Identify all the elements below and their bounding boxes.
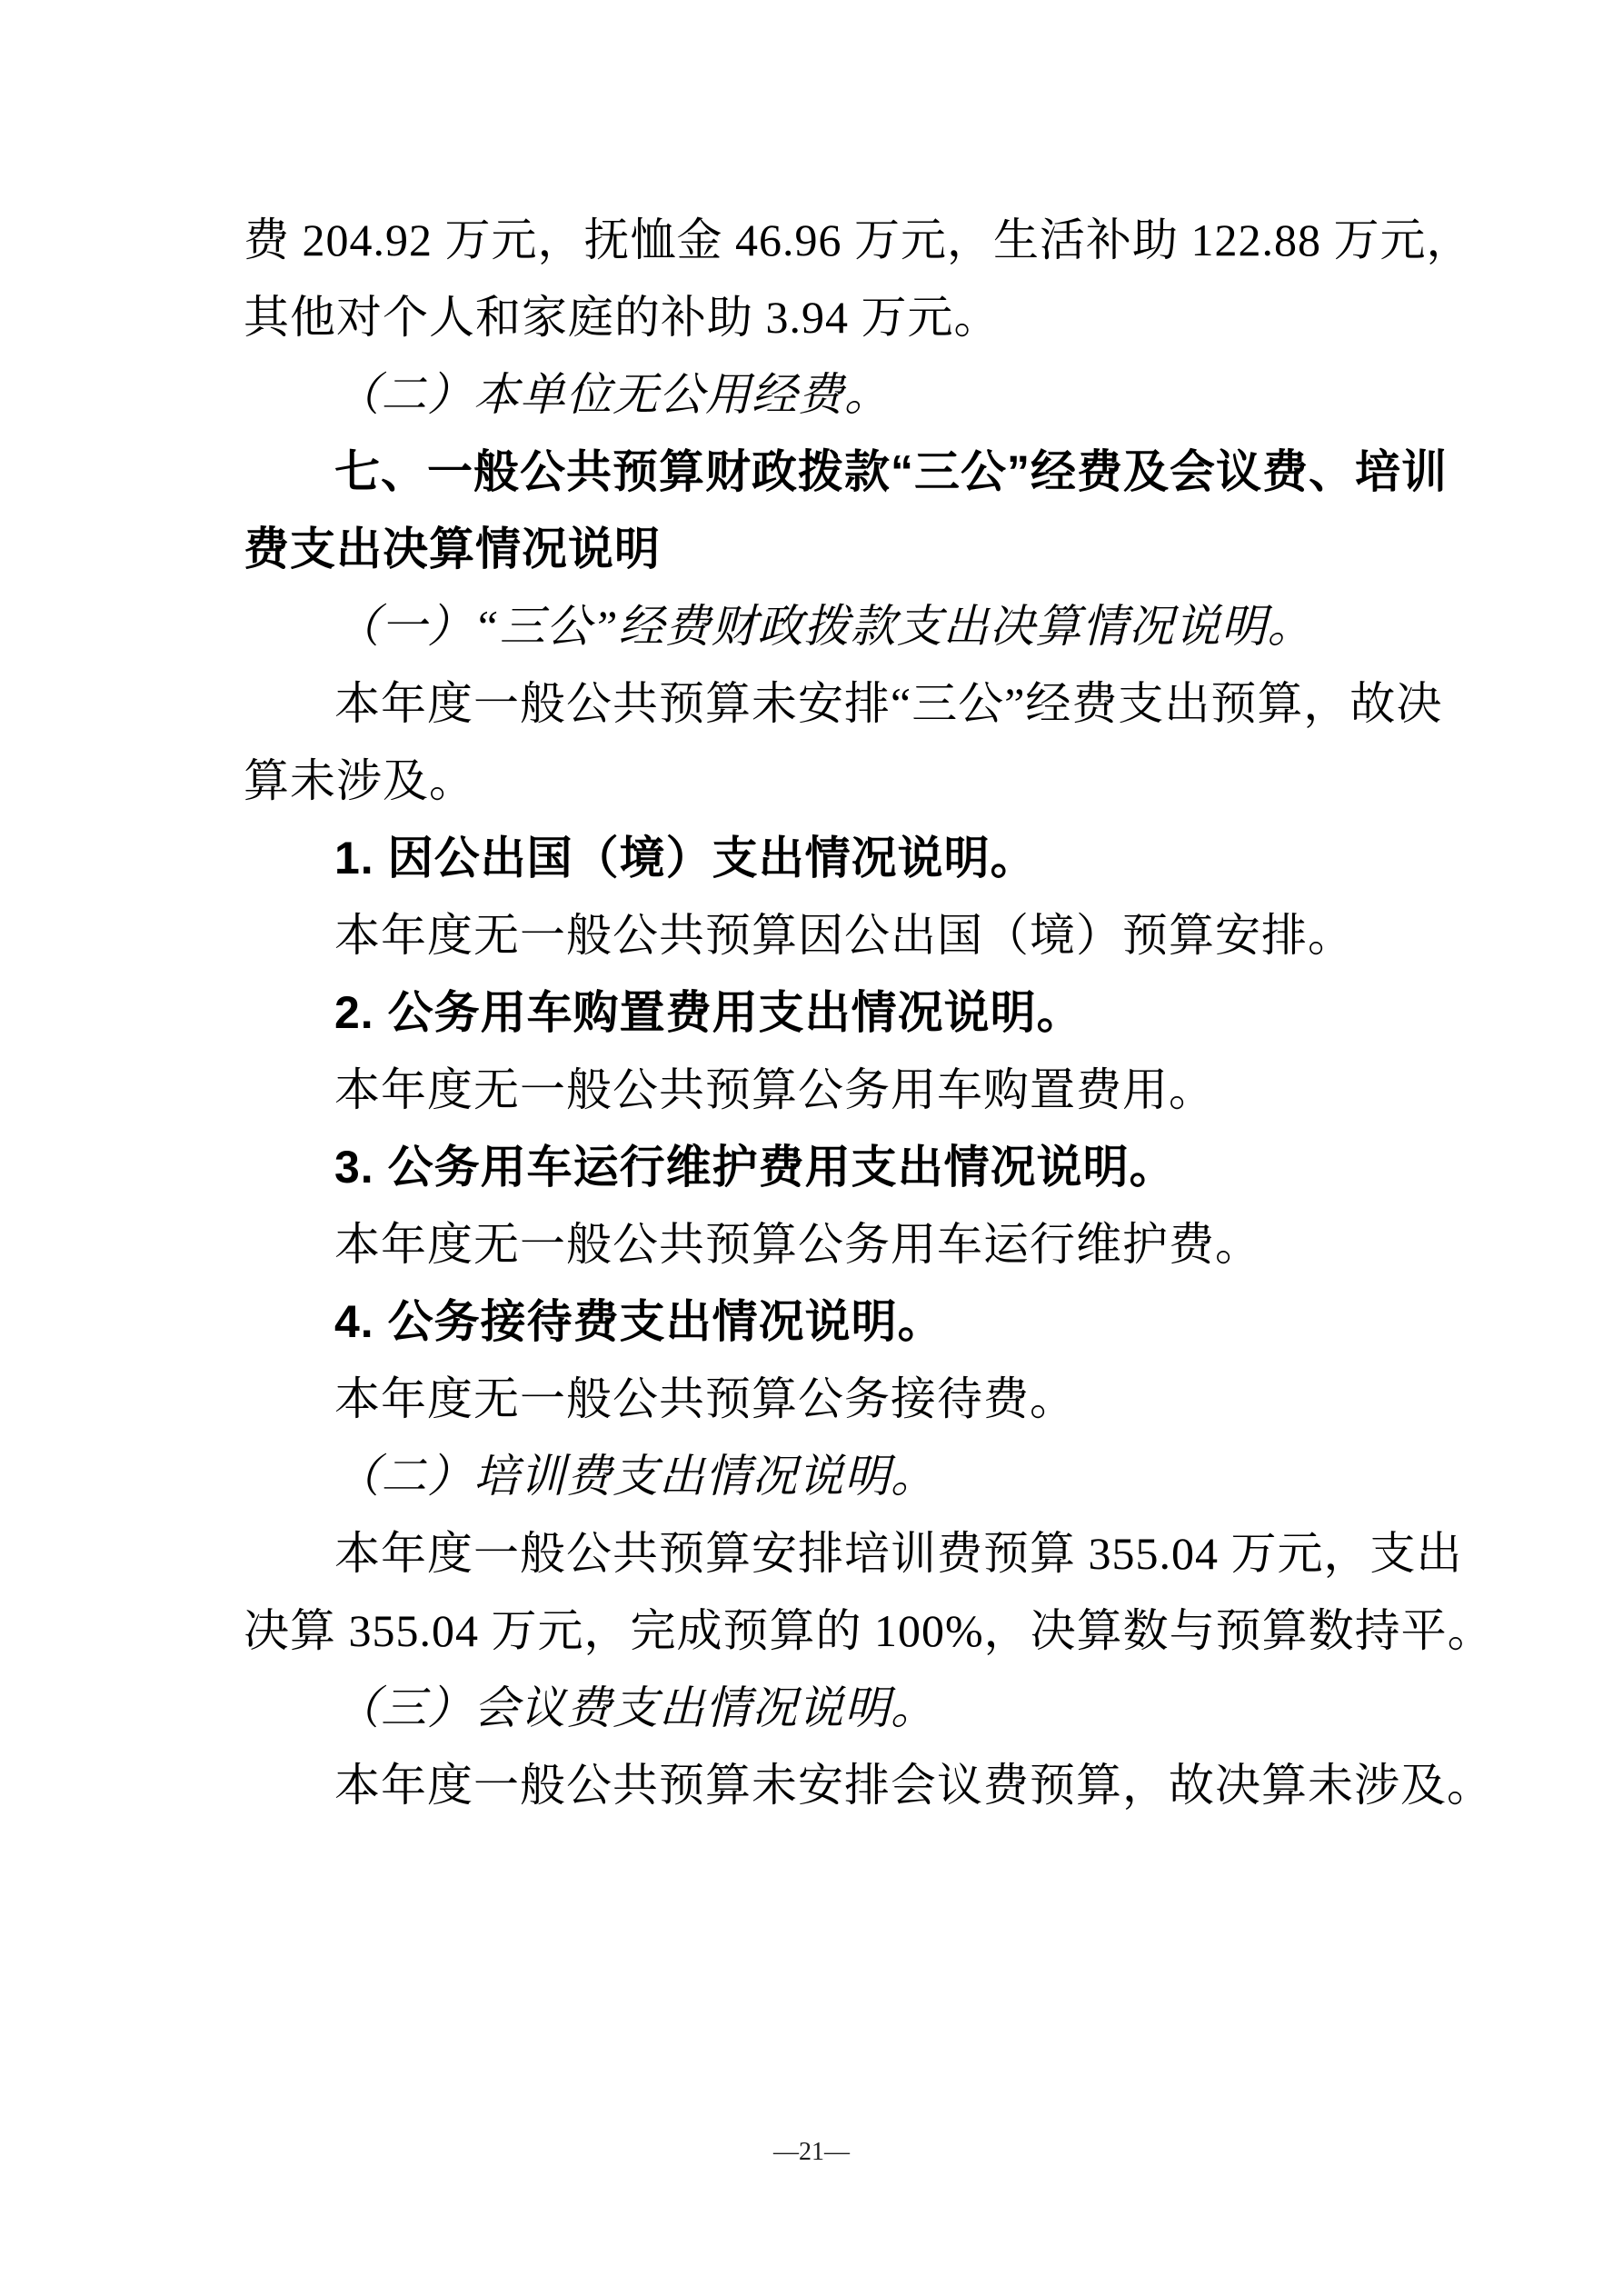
page-number: —21— bbox=[0, 2138, 1623, 2167]
paragraph-line: 其他对个人和家庭的补助 3.94 万元。 bbox=[244, 279, 1434, 356]
section-heading-line: 费支出决算情况说明 bbox=[244, 511, 1434, 588]
subheading-line: （二）培训费支出情况说明。 bbox=[244, 1438, 1434, 1515]
document-page: 费 204.92 万元，抚恤金 46.96 万元，生活补助 122.88 万元，… bbox=[0, 0, 1623, 2296]
paragraph-line: 费 204.92 万元，抚恤金 46.96 万元，生活补助 122.88 万元， bbox=[244, 202, 1434, 279]
numbered-heading-line: 3. 公务用车运行维护费用支出情况说明。 bbox=[244, 1129, 1434, 1206]
subheading-line: （三）会议费支出情况说明。 bbox=[244, 1670, 1434, 1747]
paragraph-line: 决算 355.04 万元，完成预算的 100%，决算数与预算数持平。 bbox=[244, 1592, 1434, 1670]
paragraph-line: 本年度一般公共预算未安排“三公”经费支出预算，故决 bbox=[244, 665, 1434, 743]
paragraph-line: 本年度无一般公共预算因公出国（境）预算安排。 bbox=[244, 897, 1434, 974]
numbered-heading-line: 1. 因公出国（境）支出情况说明。 bbox=[244, 820, 1434, 897]
paragraph-line: 算未涉及。 bbox=[244, 743, 1434, 820]
paragraph-line: 本年度一般公共预算安排培训费预算 355.04 万元，支出 bbox=[244, 1515, 1434, 1592]
paragraph-line: 本年度无一般公共预算公务用车运行维护费。 bbox=[244, 1206, 1434, 1283]
numbered-heading-line: 2. 公务用车购置费用支出情况说明。 bbox=[244, 974, 1434, 1052]
paragraph-line: 本年度无一般公共预算公务接待费。 bbox=[244, 1361, 1434, 1438]
numbered-heading-line: 4. 公务接待费支出情况说明。 bbox=[244, 1283, 1434, 1361]
paragraph-line: 本年度无一般公共预算公务用车购置费用。 bbox=[244, 1052, 1434, 1129]
document-text-block: 费 204.92 万元，抚恤金 46.96 万元，生活补助 122.88 万元，… bbox=[244, 202, 1434, 1824]
subheading-line: （二）本单位无公用经费。 bbox=[244, 356, 1434, 434]
section-heading-line: 七、一般公共预算财政拨款“三公”经费及会议费、培训 bbox=[244, 434, 1434, 511]
subheading-line: （一）“三公”经费财政拨款支出决算情况说明。 bbox=[244, 588, 1434, 665]
paragraph-line: 本年度一般公共预算未安排会议费预算，故决算未涉及。 bbox=[244, 1747, 1434, 1824]
